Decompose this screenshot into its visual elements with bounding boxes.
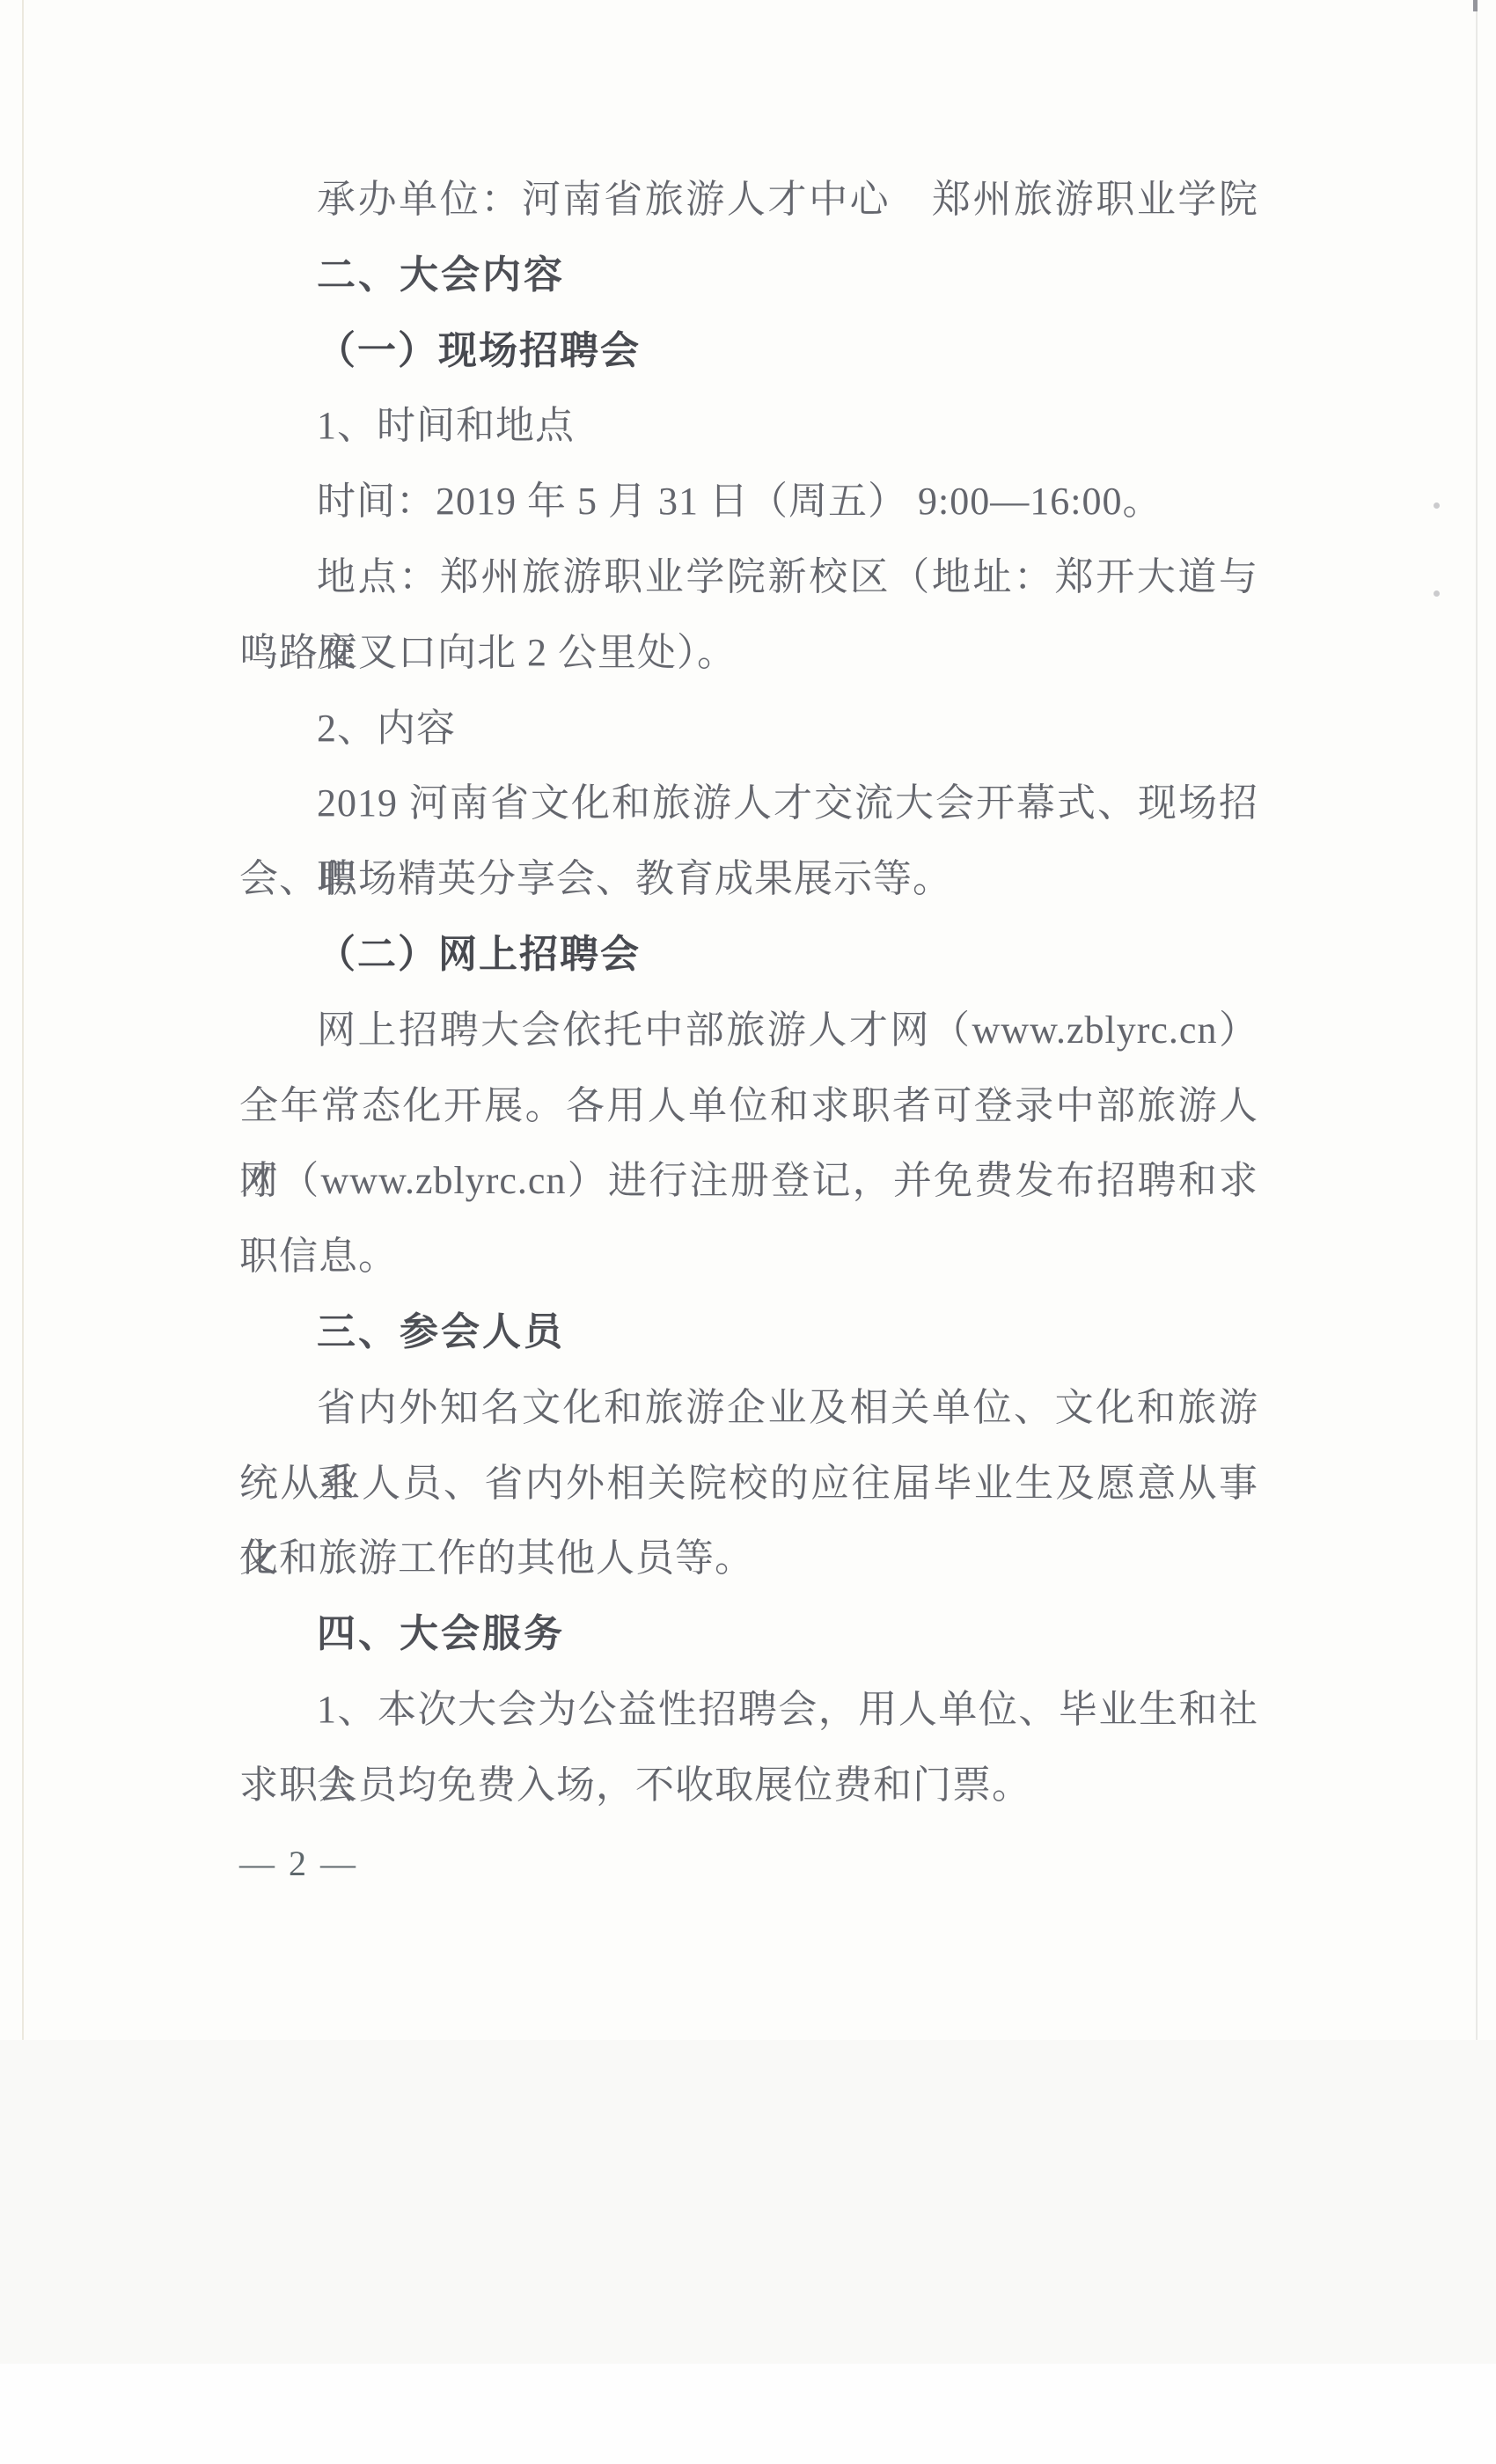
page-right-edge	[1476, 0, 1478, 2040]
scan-speck	[1434, 590, 1440, 597]
text-line: 1、本次大会为公益性招聘会，用人单位、毕业生和社会	[239, 1672, 1258, 1748]
text-line: 统从业人员、省内外相关院校的应往届毕业生及愿意从事文	[239, 1446, 1258, 1522]
text-line: 网（www.zblyrc.cn）进行注册登记，并免费发布招聘和求	[239, 1143, 1258, 1219]
text-line: 省内外知名文化和旅游企业及相关单位、文化和旅游系	[239, 1370, 1258, 1446]
text-line: 鸣路交叉口向北 2 公里处）。	[239, 615, 1258, 691]
scanner-background	[0, 2040, 1496, 2364]
text-line: 时间：2019 年 5 月 31 日（周五） 9:00—16:00。	[239, 464, 1258, 539]
text-line: 会、职场精英分享会、教育成果展示等。	[239, 841, 1258, 917]
page-left-edge	[22, 0, 24, 2040]
text-line: 网上招聘大会依托中部旅游人才网（www.zblyrc.cn）	[239, 993, 1258, 1068]
scan-speck	[1434, 502, 1440, 509]
subsection-heading: （一）现场招聘会	[239, 313, 1258, 389]
scanned-document-page: 承办单位：河南省旅游人才中心 郑州旅游职业学院 二、大会内容 （一）现场招聘会 …	[0, 0, 1496, 2464]
scan-artifact-tick	[1473, 0, 1478, 11]
subsection-heading: （二）网上招聘会	[239, 917, 1258, 993]
list-item-heading: 1、时间和地点	[239, 388, 1258, 464]
page-number: — 2 —	[239, 1844, 358, 1883]
document-body: 承办单位：河南省旅游人才中心 郑州旅游职业学院 二、大会内容 （一）现场招聘会 …	[239, 162, 1258, 1823]
text-line: 全年常态化开展。各用人单位和求职者可登录中部旅游人才	[239, 1068, 1258, 1144]
text-line: 职信息。	[239, 1219, 1258, 1294]
text-line: 2019 河南省文化和旅游人才交流大会开幕式、现场招聘	[239, 766, 1258, 841]
scanner-background-lower	[0, 2364, 1496, 2464]
section-heading: 二、大会内容	[239, 238, 1258, 313]
section-heading: 三、参会人员	[239, 1294, 1258, 1370]
list-item-heading: 2、内容	[239, 691, 1258, 766]
section-heading: 四、大会服务	[239, 1596, 1258, 1672]
text-line: 地点：郑州旅游职业学院新校区（地址：郑开大道与雁	[239, 539, 1258, 615]
paragraph-continuation: 承办单位：河南省旅游人才中心 郑州旅游职业学院	[239, 162, 1258, 238]
text-line: 求职人员均免费入场，不收取展位费和门票。	[239, 1748, 1258, 1823]
text-line: 化和旅游工作的其他人员等。	[239, 1521, 1258, 1596]
